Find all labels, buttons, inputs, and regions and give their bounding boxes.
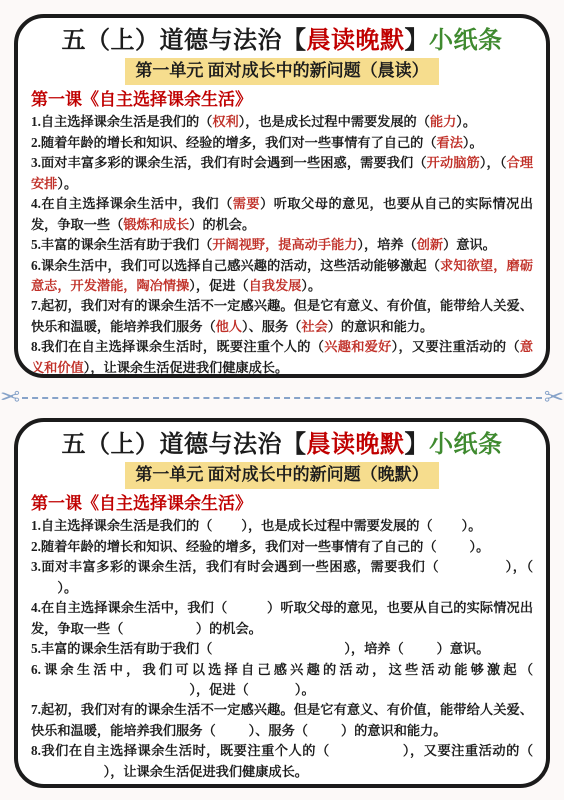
list-item: 4.在自主选择课余生活中，我们（）听取父母的意见，也要从自己的实际情况出发，争取… bbox=[31, 598, 533, 639]
list-item: 8.我们在自主选择课余生活时，既要注重个人的（），又要注重活动的（），让课余生活… bbox=[31, 741, 533, 782]
question-text: ，又要注重活动的 bbox=[410, 743, 520, 758]
list-item: 3.面对丰富多彩的课余生活，我们有时会遇到一些困惑，需要我们（），（）。 bbox=[31, 557, 533, 598]
question-text: 8.我们在自主选择课余生活时，既要注重个人的 bbox=[31, 743, 316, 758]
items-list: 1.自主选择课余生活是我们的（权利），也是成长过程中需要发展的（能力）。 2.随… bbox=[31, 112, 533, 378]
question-text: 2.随着年龄的增长和知识、经验的增多，我们对一些事情有了自己的 bbox=[31, 135, 423, 150]
title-green-part: 小纸条 bbox=[429, 432, 503, 458]
list-item: 2.随着年龄的增长和知识、经验的增多，我们对一些事情有了自己的（看法）。 bbox=[31, 133, 533, 153]
question-text: 。 bbox=[308, 278, 321, 293]
question-text: 、服务 bbox=[255, 723, 295, 738]
question-text: 6.课余生活中，我们可以选择自己感兴趣的活动，这些活动能够激起 bbox=[31, 258, 427, 273]
lesson-heading: 第一课《自主选择课余生活》 bbox=[31, 493, 533, 514]
answer-text: 创新 bbox=[417, 237, 443, 252]
list-item: 5.丰富的课余生活有助于我们（），培养（）意识。 bbox=[31, 639, 533, 659]
question-text: 。 bbox=[64, 580, 77, 595]
title-prefix: 五（上）道德与法治 bbox=[62, 432, 283, 458]
answer-text: 权利 bbox=[212, 114, 238, 129]
question-text: 。 bbox=[468, 518, 481, 533]
question-text: 的机会。 bbox=[209, 621, 262, 636]
title-red-part: 晨读晚默 bbox=[307, 28, 405, 54]
scissors-icon-right: ✂ bbox=[544, 386, 564, 410]
list-item: 7.起初，我们对有的课余生活不一定感兴趣。但是它有意义、有价值，能带给人关爱、快… bbox=[31, 700, 533, 741]
list-item: 3.面对丰富多彩的课余生活，我们有时会遇到一些困惑，需要我们（开动脑筋），（合理… bbox=[31, 153, 533, 194]
question-text: ， bbox=[487, 155, 500, 170]
question-text: 。 bbox=[463, 114, 476, 129]
worksheet-card-morning: 五（上）道德与法治【晨读晚默】小纸条 第一单元 面对成长中的新问题（晨读） 第一… bbox=[14, 14, 550, 378]
lesson-heading: 第一课《自主选择课余生活》 bbox=[31, 89, 533, 110]
question-text: ， bbox=[513, 559, 527, 574]
title-green-part: 小纸条 bbox=[429, 28, 503, 54]
unit-subtitle: 第一单元 面对成长中的新问题（晚默） bbox=[125, 462, 438, 489]
question-text: ，培养 bbox=[351, 641, 391, 656]
question-text: 。 bbox=[302, 682, 315, 697]
dashed-cut-line bbox=[22, 397, 542, 399]
question-text: 、服务 bbox=[249, 319, 289, 334]
question-text: 的机会。 bbox=[202, 217, 255, 232]
answer-text: 锻炼和成长 bbox=[123, 217, 189, 232]
unit-subtitle: 第一单元 面对成长中的新问题（晨读） bbox=[125, 58, 438, 85]
question-text: 。 bbox=[64, 176, 77, 191]
question-text: ，也是成长过程中需要发展的 bbox=[248, 518, 419, 533]
list-item: 7.起初，我们对有的课余生活不一定感兴趣。但是它有意义、有价值，能带给人关爱、快… bbox=[31, 296, 533, 337]
question-text: ，促进 bbox=[196, 682, 236, 697]
question-text: 1.自主选择课余生活是我们的 bbox=[31, 114, 199, 129]
page-title: 五（上）道德与法治【晨读晚默】小纸条 bbox=[31, 430, 533, 460]
list-item: 2.随着年龄的增长和知识、经验的增多，我们对一些事情有了自己的（）。 bbox=[31, 537, 533, 557]
answer-text: 开动脑筋 bbox=[427, 155, 480, 170]
answer-text: 需要 bbox=[233, 196, 260, 211]
question-text: 4.在自主选择课余生活中，我们 bbox=[31, 196, 219, 211]
question-text: 4.在自主选择课余生活中，我们 bbox=[31, 600, 214, 615]
subtitle-row: 第一单元 面对成长中的新问题（晨读） bbox=[31, 58, 533, 85]
items-list: 1.自主选择课余生活是我们的（），也是成长过程中需要发展的（）。 2.随着年龄的… bbox=[31, 516, 533, 782]
title-open-bracket: 【 bbox=[282, 28, 307, 54]
cut-line-divider: ✂ ✂ bbox=[0, 378, 564, 418]
question-text: 5.丰富的课余生活有助于我们 bbox=[31, 237, 199, 252]
question-text: 意识。 bbox=[450, 641, 490, 656]
list-item: 8.我们在自主选择课余生活时，既要注重个人的（兴趣和爱好），又要注重活动的（意义… bbox=[31, 337, 533, 378]
question-text: ，促进 bbox=[196, 278, 236, 293]
worksheet-card-evening: 五（上）道德与法治【晨读晚默】小纸条 第一单元 面对成长中的新问题（晚默） 第一… bbox=[14, 418, 550, 788]
subtitle-row: 第一单元 面对成长中的新问题（晚默） bbox=[31, 462, 533, 489]
question-text: 。 bbox=[469, 135, 482, 150]
question-text: ，培养 bbox=[364, 237, 404, 252]
question-text: 的意识和能力。 bbox=[341, 319, 433, 334]
question-text: 8.我们在自主选择课余生活时，既要注重个人的 bbox=[31, 339, 311, 354]
title-close-bracket: 】 bbox=[405, 28, 430, 54]
list-item: 1.自主选择课余生活是我们的（权利），也是成长过程中需要发展的（能力）。 bbox=[31, 112, 533, 132]
question-text: 1.自主选择课余生活是我们的 bbox=[31, 518, 199, 533]
list-item: 6.课余生活中，我们可以选择自己感兴趣的活动，这些活动能够激起（），促进（）。 bbox=[31, 660, 533, 701]
question-text: 3.面对丰富多彩的课余生活，我们有时会遇到一些困惑，需要我们 bbox=[31, 559, 425, 574]
answer-text: 能力 bbox=[430, 114, 456, 129]
question-text: 意识。 bbox=[456, 237, 496, 252]
page-title: 五（上）道德与法治【晨读晚默】小纸条 bbox=[31, 26, 533, 56]
list-item: 4.在自主选择课余生活中，我们（需要）听取父母的意见，也要从自己的实际情况出发，… bbox=[31, 194, 533, 235]
answer-text: 开阔视野，提高动手能力 bbox=[212, 237, 357, 252]
title-close-bracket: 】 bbox=[405, 432, 430, 458]
question-text: ，让课余生活促进我们健康成长。 bbox=[110, 764, 308, 779]
title-red-part: 晨读晚默 bbox=[307, 432, 405, 458]
answer-text: 自我发展 bbox=[249, 278, 302, 293]
question-text: 。 bbox=[476, 539, 489, 554]
question-text: ，让课余生活促进我们健康成长。 bbox=[90, 360, 288, 375]
answer-text: 看法 bbox=[437, 135, 463, 150]
title-prefix: 五（上）道德与法治 bbox=[62, 28, 283, 54]
answer-text: 社会 bbox=[301, 319, 327, 334]
question-text: 6.课余生活中，我们可以选择自己感兴趣的活动，这些活动能够激起 bbox=[31, 662, 520, 677]
worksheet-page: { "colors": { "accent_red": "#c00000", "… bbox=[0, 0, 564, 800]
question-text: 的意识和能力。 bbox=[354, 723, 446, 738]
question-text: ，也是成长过程中需要发展的 bbox=[245, 114, 416, 129]
answer-text: 兴趣和爱好 bbox=[324, 339, 391, 354]
list-item: 5.丰富的课余生活有助于我们（开阔视野，提高动手能力），培养（创新）意识。 bbox=[31, 235, 533, 255]
title-open-bracket: 【 bbox=[282, 432, 307, 458]
question-text: 3.面对丰富多彩的课余生活，我们有时会遇到一些困惑，需要我们 bbox=[31, 155, 413, 170]
list-item: 1.自主选择课余生活是我们的（），也是成长过程中需要发展的（）。 bbox=[31, 516, 533, 536]
question-text: 5.丰富的课余生活有助于我们 bbox=[31, 641, 199, 656]
scissors-icon-left: ✂ bbox=[0, 386, 20, 410]
question-text: 2.随着年龄的增长和知识、经验的增多，我们对一些事情有了自己的 bbox=[31, 539, 423, 554]
answer-text: 他人 bbox=[216, 319, 242, 334]
list-item: 6.课余生活中，我们可以选择自己感兴趣的活动，这些活动能够激起（求知欲望，磨砺意… bbox=[31, 256, 533, 297]
question-text: ，又要注重活动的 bbox=[399, 339, 507, 354]
